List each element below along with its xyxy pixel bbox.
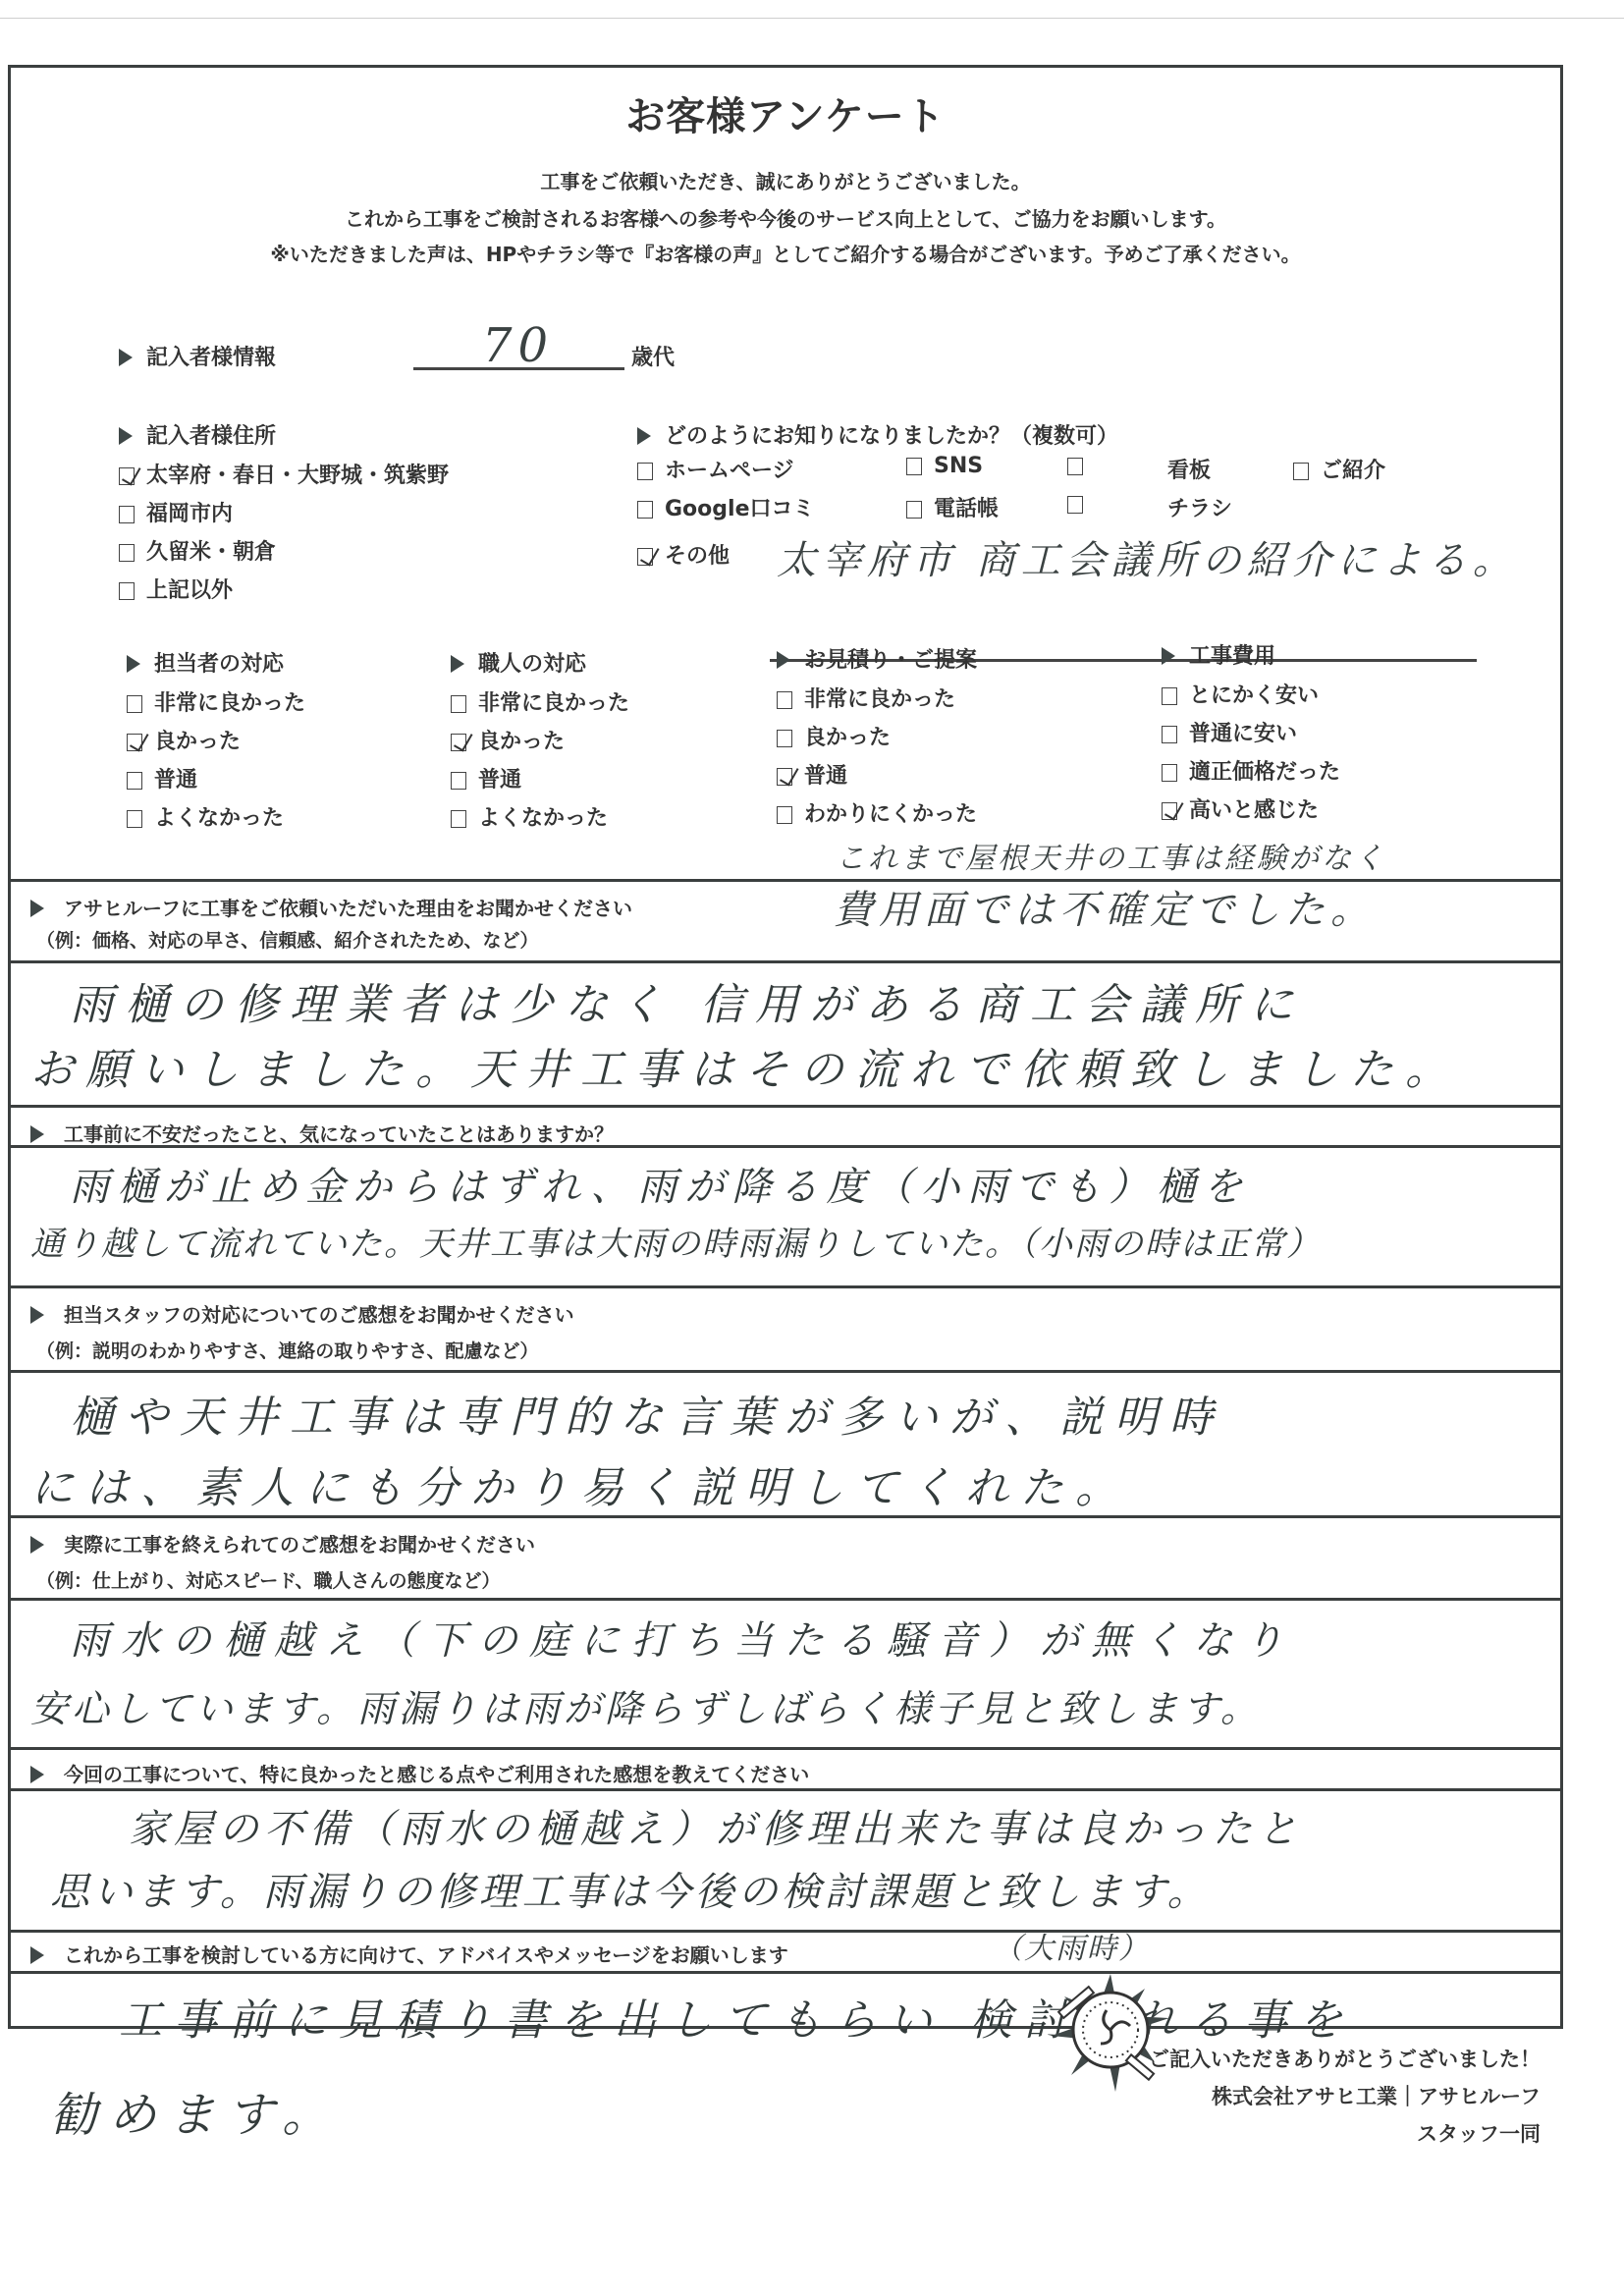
question-1-answer-line-2[interactable]: お願いしました。天井工事はその流れで依頼致しました。 [30,1034,1460,1097]
source-label: どのようにお知りになりましたか？（複数可） [665,424,1118,449]
footer-thanks: ご記入いただきありがとうございました！ [1149,2044,1541,2073]
answer-band-1 [11,960,1560,963]
source-option[interactable]: ホームページ [637,454,794,484]
checkbox[interactable] [777,691,792,709]
checkbox-checked[interactable] [451,734,466,751]
question-2-answer-line-2[interactable]: 通り越して流れていた。天井工事は大雨の時雨漏りしていた。（小雨の時は正常） [30,1217,1322,1265]
source-option[interactable]: 電話帳 [906,492,999,522]
checkbox[interactable] [451,772,466,790]
age-field[interactable]: 70 [482,318,554,373]
intro-line-2: これから工事をご検討されるお客様への参考や今後のサービス向上として、ご協力をお願… [11,203,1560,232]
source-option-label: チラシ [1167,492,1232,522]
question-6-answer-line-2[interactable]: 勧めます。 [50,2077,341,2145]
cost-note-line-2: 費用面では不確定でした。 [834,879,1376,935]
triangle-marker-icon [30,1536,44,1554]
question-1-example: （例：価格、対応の早さ、信頼感、紹介されたため、など） [36,926,538,953]
rating-option[interactable]: 適正価格だった [1162,755,1340,786]
checkbox-checked[interactable] [119,467,135,485]
rating-option[interactable]: 高いと感じた [1162,793,1319,824]
address-label: 記入者様住所 [146,424,276,449]
triangle-marker-icon [1162,647,1175,665]
checkbox[interactable] [1162,726,1177,743]
respondent-label: 記入者様情報 [146,346,276,370]
source-option[interactable] [1067,454,1095,478]
question-4-answer-line-1[interactable]: 雨水の樋越え（下の庭に打ち当たる騒音）が無くなり [70,1610,1295,1666]
question-6-title: これから工事を検討している方に向けて、アドバイスやメッセージをお願いします [30,1940,788,1968]
source-option[interactable] [1067,492,1095,517]
source-heading: どのようにお知りになりましたか？（複数可） [637,419,1118,450]
checkbox[interactable] [119,544,135,562]
question-1-title: アサヒルーフに工事をご依頼いただいた理由をお聞かせください [30,893,632,921]
source-option[interactable]: その他 [637,539,730,570]
rating-option[interactable]: 非常に良かった [451,686,629,717]
rating-option[interactable]: わかりにくかった [777,797,977,828]
address-option[interactable]: 福岡市内 [119,497,233,527]
checkbox[interactable] [1162,687,1177,705]
checkbox-checked[interactable] [777,768,792,786]
source-option[interactable]: Google口コミ [637,492,815,522]
address-option[interactable]: 上記以外 [119,574,233,604]
rating-heading-estimate: お見積り・ご提案 [777,643,977,674]
question-2-title: 工事前に不安だったこと、気になっていたことはありますか？ [30,1119,614,1147]
source-option[interactable]: ご紹介 [1293,454,1385,484]
rating-option[interactable]: 普通 [777,759,847,790]
checkbox[interactable] [906,501,922,519]
question-band-3 [11,1285,1560,1288]
checkbox[interactable] [451,695,466,713]
address-option[interactable]: 久留米・朝倉 [119,535,276,566]
source-option-label: 看板 [1167,454,1211,484]
rating-option[interactable]: 普通 [127,763,197,793]
checkbox[interactable] [1162,764,1177,782]
triangle-marker-icon [30,1125,44,1143]
question-3-answer-line-1[interactable]: 樋や天井工事は専門的な言葉が多いが、説明時 [70,1382,1224,1445]
checkbox[interactable] [127,810,142,828]
triangle-marker-icon [637,427,651,445]
triangle-marker-icon [30,1766,44,1783]
rating-option[interactable]: 良かった [777,721,891,751]
scan-edge-line [0,18,1624,19]
rating-option[interactable]: 非常に良かった [777,683,955,713]
respondent-heading: 記入者様情報 [119,341,276,371]
rating-option[interactable]: 良かった [127,725,241,755]
question-4-example: （例：仕上がり、対応スピード、職人さんの態度など） [36,1566,501,1593]
triangle-marker-icon [451,655,464,673]
answer-band-2 [11,1145,1560,1148]
checkbox[interactable] [637,501,653,519]
checkbox-checked[interactable] [1162,802,1177,820]
cost-note-line-1: これまで屋根天井の工事は経験がなく [836,834,1386,877]
checkbox[interactable] [1067,496,1083,514]
age-underline [413,367,624,370]
question-3-answer-line-2[interactable]: には、素人にも分かり易く説明してくれた。 [30,1452,1130,1515]
rating-heading-staff: 担当者の対応 [127,647,284,678]
checkbox[interactable] [127,695,142,713]
triangle-marker-icon [127,655,140,673]
checkbox[interactable] [1067,458,1083,475]
question-band-5 [11,1747,1560,1750]
rating-option[interactable]: よくなかった [451,801,608,832]
address-heading: 記入者様住所 [119,419,276,450]
question-3-example: （例：説明のわかりやすさ、連絡の取りやすさ、配慮など） [36,1337,538,1363]
triangle-marker-icon [30,1306,44,1324]
intro-line-3: ※いただきました声は、HPやチラシ等で『お客様の声』としてご紹介する場合がござい… [11,239,1560,267]
checkbox[interactable] [777,806,792,824]
other-source-text[interactable]: 太宰府市 商工会議所の紹介による。 [777,529,1518,585]
address-option[interactable]: 太宰府・春日・大野城・筑紫野 [119,459,449,489]
survey-form: お客様アンケート 工事をご依頼いただき、誠にありがとうございました。 これから工… [8,65,1563,2029]
checkbox[interactable] [777,730,792,747]
question-5-answer-line-2[interactable]: 思います。雨漏りの修理工事は今後の検討課題と致します。 [50,1861,1211,1917]
rating-option[interactable]: よくなかった [127,801,284,832]
triangle-marker-icon [119,427,133,445]
rating-option[interactable]: 普通 [451,763,521,793]
triangle-marker-icon [777,651,790,669]
age-suffix: 歳代 [631,341,675,371]
question-1-answer-line-1[interactable]: 雨樋の修理業者は少なく 信用がある商工会議所に [70,969,1305,1032]
checkbox[interactable] [119,506,135,523]
checkbox-checked[interactable] [127,734,142,751]
answer-band-6 [11,1971,1560,1974]
question-band-6 [11,1930,1560,1933]
intro-line-1: 工事をご依頼いただき、誠にありがとうございました。 [11,166,1560,194]
checkbox[interactable] [637,463,653,480]
question-5-answer-line-1[interactable]: 家屋の不備（雨水の樋越え）が修理出来た事は良かったと [129,1798,1303,1854]
triangle-marker-icon [30,1946,44,1964]
rating-option[interactable]: 良かった [451,725,565,755]
survey-title: お客様アンケート [11,85,1560,141]
footer-company: 株式会社アサヒ工業｜アサヒルーフ [1212,2081,1541,2110]
checkbox[interactable] [1293,463,1309,480]
question-2-answer-line-1[interactable]: 雨樋が止め金からはずれ、雨が降る度（小雨でも）樋を [70,1156,1250,1212]
answer-band-4 [11,1598,1560,1601]
footer-staff: スタッフ一同 [1417,2118,1541,2148]
answer-band-5 [11,1788,1560,1791]
checkbox[interactable] [906,458,922,475]
rating-option[interactable]: 普通に安い [1162,717,1297,747]
source-option[interactable]: SNS [906,454,983,478]
question-4-answer-line-2[interactable]: 安心しています。雨漏りは雨が降らずしばらく様子見と致します。 [30,1678,1262,1732]
rating-heading-craftsman: 職人の対応 [451,647,586,678]
question-3-title: 担当スタッフの対応についてのご感想をお聞かせください [30,1299,574,1328]
asahi-rooftile-logo-icon [1047,1969,1174,2097]
rating-option[interactable]: とにかく安い [1162,679,1319,709]
triangle-marker-icon [30,900,44,917]
rating-heading-cost: 工事費用 [1162,639,1275,670]
checkbox[interactable] [451,810,466,828]
triangle-marker-icon [119,349,133,366]
question-band-2 [11,1105,1560,1108]
checkbox[interactable] [127,772,142,790]
answer-band-3 [11,1370,1560,1373]
rating-option[interactable]: 非常に良かった [127,686,305,717]
question-6-annotation: （大雨時） [993,1924,1150,1967]
checkbox[interactable] [119,582,135,600]
question-5-title: 今回の工事について、特に良かったと感じる点やご利用された感想を教えてください [30,1759,809,1787]
question-band-4 [11,1515,1560,1518]
checkbox-checked[interactable] [637,548,653,566]
question-4-title: 実際に工事を終えられてのご感想をお聞かせください [30,1529,535,1558]
